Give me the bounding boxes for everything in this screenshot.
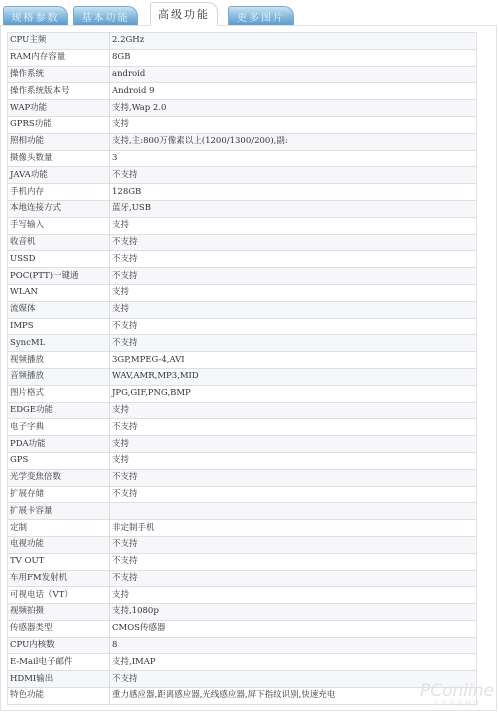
spec-value: 2.2GHz xyxy=(110,33,477,50)
spec-value: 不支持 xyxy=(110,419,477,436)
spec-row: WAP功能支持,Wap 2.0 xyxy=(8,100,477,117)
spec-label: GPS xyxy=(8,452,110,469)
spec-label: E-Mail电子邮件 xyxy=(8,654,110,671)
spec-value: 支持 xyxy=(110,402,477,419)
spec-row: RAM内存容量8GB xyxy=(8,49,477,66)
spec-row: 图片格式JPG,GIF,PNG,BMP xyxy=(8,385,477,402)
spec-value: 不支持 xyxy=(110,234,477,251)
spec-label: 光学变焦倍数 xyxy=(8,469,110,486)
spec-label: 特色功能 xyxy=(8,688,110,705)
spec-label: POC(PTT)一键通 xyxy=(8,268,110,285)
spec-label: 定制 xyxy=(8,520,110,537)
spec-value: 支持 xyxy=(110,436,477,453)
spec-label: CPU内核数 xyxy=(8,637,110,654)
spec-label: 操作系统 xyxy=(8,66,110,83)
spec-value: 不支持 xyxy=(110,318,477,335)
spec-row: CPU主频2.2GHz xyxy=(8,33,477,50)
spec-label: 音频播放 xyxy=(8,368,110,385)
spec-label: 电视功能 xyxy=(8,536,110,553)
spec-row: GPRS功能支持 xyxy=(8,116,477,133)
spec-value: 不支持 xyxy=(110,553,477,570)
tab-basic-functions[interactable]: 基本功能 xyxy=(73,6,138,25)
spec-row: IMPS不支持 xyxy=(8,318,477,335)
spec-label: TV OUT xyxy=(8,553,110,570)
spec-label: IMPS xyxy=(8,318,110,335)
spec-value: 3 xyxy=(110,150,477,167)
watermark-sub: 太平洋电脑网 xyxy=(420,700,494,708)
spec-row: 流媒体支持 xyxy=(8,301,477,318)
spec-row: 视频播放3GP,MPEG-4,AVI xyxy=(8,352,477,369)
spec-value: android xyxy=(110,66,477,83)
spec-row: GPS支持 xyxy=(8,452,477,469)
spec-label: RAM内存容量 xyxy=(8,49,110,66)
spec-label: 可视电话（VT） xyxy=(8,587,110,604)
spec-value: 8GB xyxy=(110,49,477,66)
tab-more-images[interactable]: 更多图片 xyxy=(228,6,294,25)
spec-label: 照相功能 xyxy=(8,133,110,150)
spec-value: 支持 xyxy=(110,116,477,133)
spec-value: 支持,1080p xyxy=(110,604,477,621)
spec-value: 8 xyxy=(110,637,477,654)
spec-row: E-Mail电子邮件支持,IMAP xyxy=(8,654,477,671)
spec-value: 不支持 xyxy=(110,469,477,486)
spec-row: 操作系统版本号Android 9 xyxy=(8,83,477,100)
spec-label: 扩展卡容量 xyxy=(8,503,110,520)
spec-value: 支持 xyxy=(110,452,477,469)
spec-row: 视频拍摄支持,1080p xyxy=(8,604,477,621)
spec-label: 车用FM发射机 xyxy=(8,570,110,587)
spec-row: 操作系统android xyxy=(8,66,477,83)
spec-value: JPG,GIF,PNG,BMP xyxy=(110,385,477,402)
spec-row: TV OUT不支持 xyxy=(8,553,477,570)
spec-row: 扩展存储不支持 xyxy=(8,486,477,503)
spec-row: 手写输入支持 xyxy=(8,217,477,234)
spec-value: 蓝牙,USB xyxy=(110,200,477,217)
spec-label: 手写输入 xyxy=(8,217,110,234)
spec-label: 本地连接方式 xyxy=(8,200,110,217)
spec-value: 支持,IMAP xyxy=(110,654,477,671)
spec-row: 电视功能不支持 xyxy=(8,536,477,553)
spec-value: 不支持 xyxy=(110,536,477,553)
spec-row: 收音机不支持 xyxy=(8,234,477,251)
spec-label: 摄像头数量 xyxy=(8,150,110,167)
spec-value: 128GB xyxy=(110,184,477,201)
spec-value: 3GP,MPEG-4,AVI xyxy=(110,352,477,369)
spec-value: 不支持 xyxy=(110,570,477,587)
spec-label: EDGE功能 xyxy=(8,402,110,419)
spec-label: 扩展存储 xyxy=(8,486,110,503)
spec-label: USSD xyxy=(8,251,110,268)
spec-label: 电子字典 xyxy=(8,419,110,436)
spec-label: 手机内存 xyxy=(8,184,110,201)
spec-value: 支持 xyxy=(110,284,477,301)
spec-label: 视频播放 xyxy=(8,352,110,369)
spec-row: POC(PTT)一键通不支持 xyxy=(8,268,477,285)
spec-row: 电子字典不支持 xyxy=(8,419,477,436)
spec-row: 光学变焦倍数不支持 xyxy=(8,469,477,486)
spec-label: SyncML xyxy=(8,335,110,352)
spec-label: GPRS功能 xyxy=(8,116,110,133)
spec-label: 流媒体 xyxy=(8,301,110,318)
spec-row: USSD不支持 xyxy=(8,251,477,268)
spec-label: 收音机 xyxy=(8,234,110,251)
spec-row: 照相功能支持,主:800万像素以上(1200/1300/200),副: xyxy=(8,133,477,150)
spec-value: 支持 xyxy=(110,301,477,318)
spec-label: PDA功能 xyxy=(8,436,110,453)
tab-specs[interactable]: 规格参数 xyxy=(3,6,68,25)
spec-label: 传感器类型 xyxy=(8,620,110,637)
spec-row: EDGE功能支持 xyxy=(8,402,477,419)
watermark: PConline 太平洋电脑网 xyxy=(420,683,494,708)
spec-value: 支持,主:800万像素以上(1200/1300/200),副: xyxy=(110,133,477,150)
spec-row: SyncML不支持 xyxy=(8,335,477,352)
tab-bar: 规格参数 基本功能 高级功能 更多图片 xyxy=(0,0,499,25)
spec-value: 不支持 xyxy=(110,167,477,184)
spec-value: 不支持 xyxy=(110,251,477,268)
spec-value: 不支持 xyxy=(110,268,477,285)
spec-row: 定制非定制手机 xyxy=(8,520,477,537)
spec-row: 本地连接方式蓝牙,USB xyxy=(8,200,477,217)
spec-row: PDA功能支持 xyxy=(8,436,477,453)
spec-value: 非定制手机 xyxy=(110,520,477,537)
spec-value: Android 9 xyxy=(110,83,477,100)
spec-row: 音频播放WAV,AMR,MP3,MID xyxy=(8,368,477,385)
spec-table: CPU主频2.2GHzRAM内存容量8GB操作系统android操作系统版本号A… xyxy=(7,32,477,705)
tab-advanced-functions[interactable]: 高级功能 xyxy=(150,2,218,26)
spec-label: 视频拍摄 xyxy=(8,604,110,621)
spec-label: WLAN xyxy=(8,284,110,301)
spec-row: CPU内核数8 xyxy=(8,637,477,654)
spec-value: 支持,Wap 2.0 xyxy=(110,100,477,117)
spec-row: 可视电话（VT）支持 xyxy=(8,587,477,604)
spec-row: 手机内存128GB xyxy=(8,184,477,201)
spec-row: 摄像头数量3 xyxy=(8,150,477,167)
spec-value xyxy=(110,503,477,520)
spec-value: 不支持 xyxy=(110,486,477,503)
spec-label: HDMI输出 xyxy=(8,671,110,688)
spec-row: 扩展卡容量 xyxy=(8,503,477,520)
spec-row: 传感器类型CMOS传感器 xyxy=(8,620,477,637)
spec-row: WLAN支持 xyxy=(8,284,477,301)
watermark-brand: PConline xyxy=(420,683,494,700)
spec-row: HDMI输出不支持 xyxy=(8,671,477,688)
spec-label: JAVA功能 xyxy=(8,167,110,184)
spec-label: 操作系统版本号 xyxy=(8,83,110,100)
spec-value: 支持 xyxy=(110,587,477,604)
spec-row: 特色功能重力感应器,距离感应器,光线感应器,屏下指纹识别,快速充电 xyxy=(8,688,477,705)
spec-label: CPU主频 xyxy=(8,33,110,50)
spec-value: WAV,AMR,MP3,MID xyxy=(110,368,477,385)
spec-row: JAVA功能不支持 xyxy=(8,167,477,184)
spec-label: WAP功能 xyxy=(8,100,110,117)
spec-row: 车用FM发射机不支持 xyxy=(8,570,477,587)
spec-value: 支持 xyxy=(110,217,477,234)
spec-label: 图片格式 xyxy=(8,385,110,402)
spec-value: 不支持 xyxy=(110,335,477,352)
spec-value: CMOS传感器 xyxy=(110,620,477,637)
